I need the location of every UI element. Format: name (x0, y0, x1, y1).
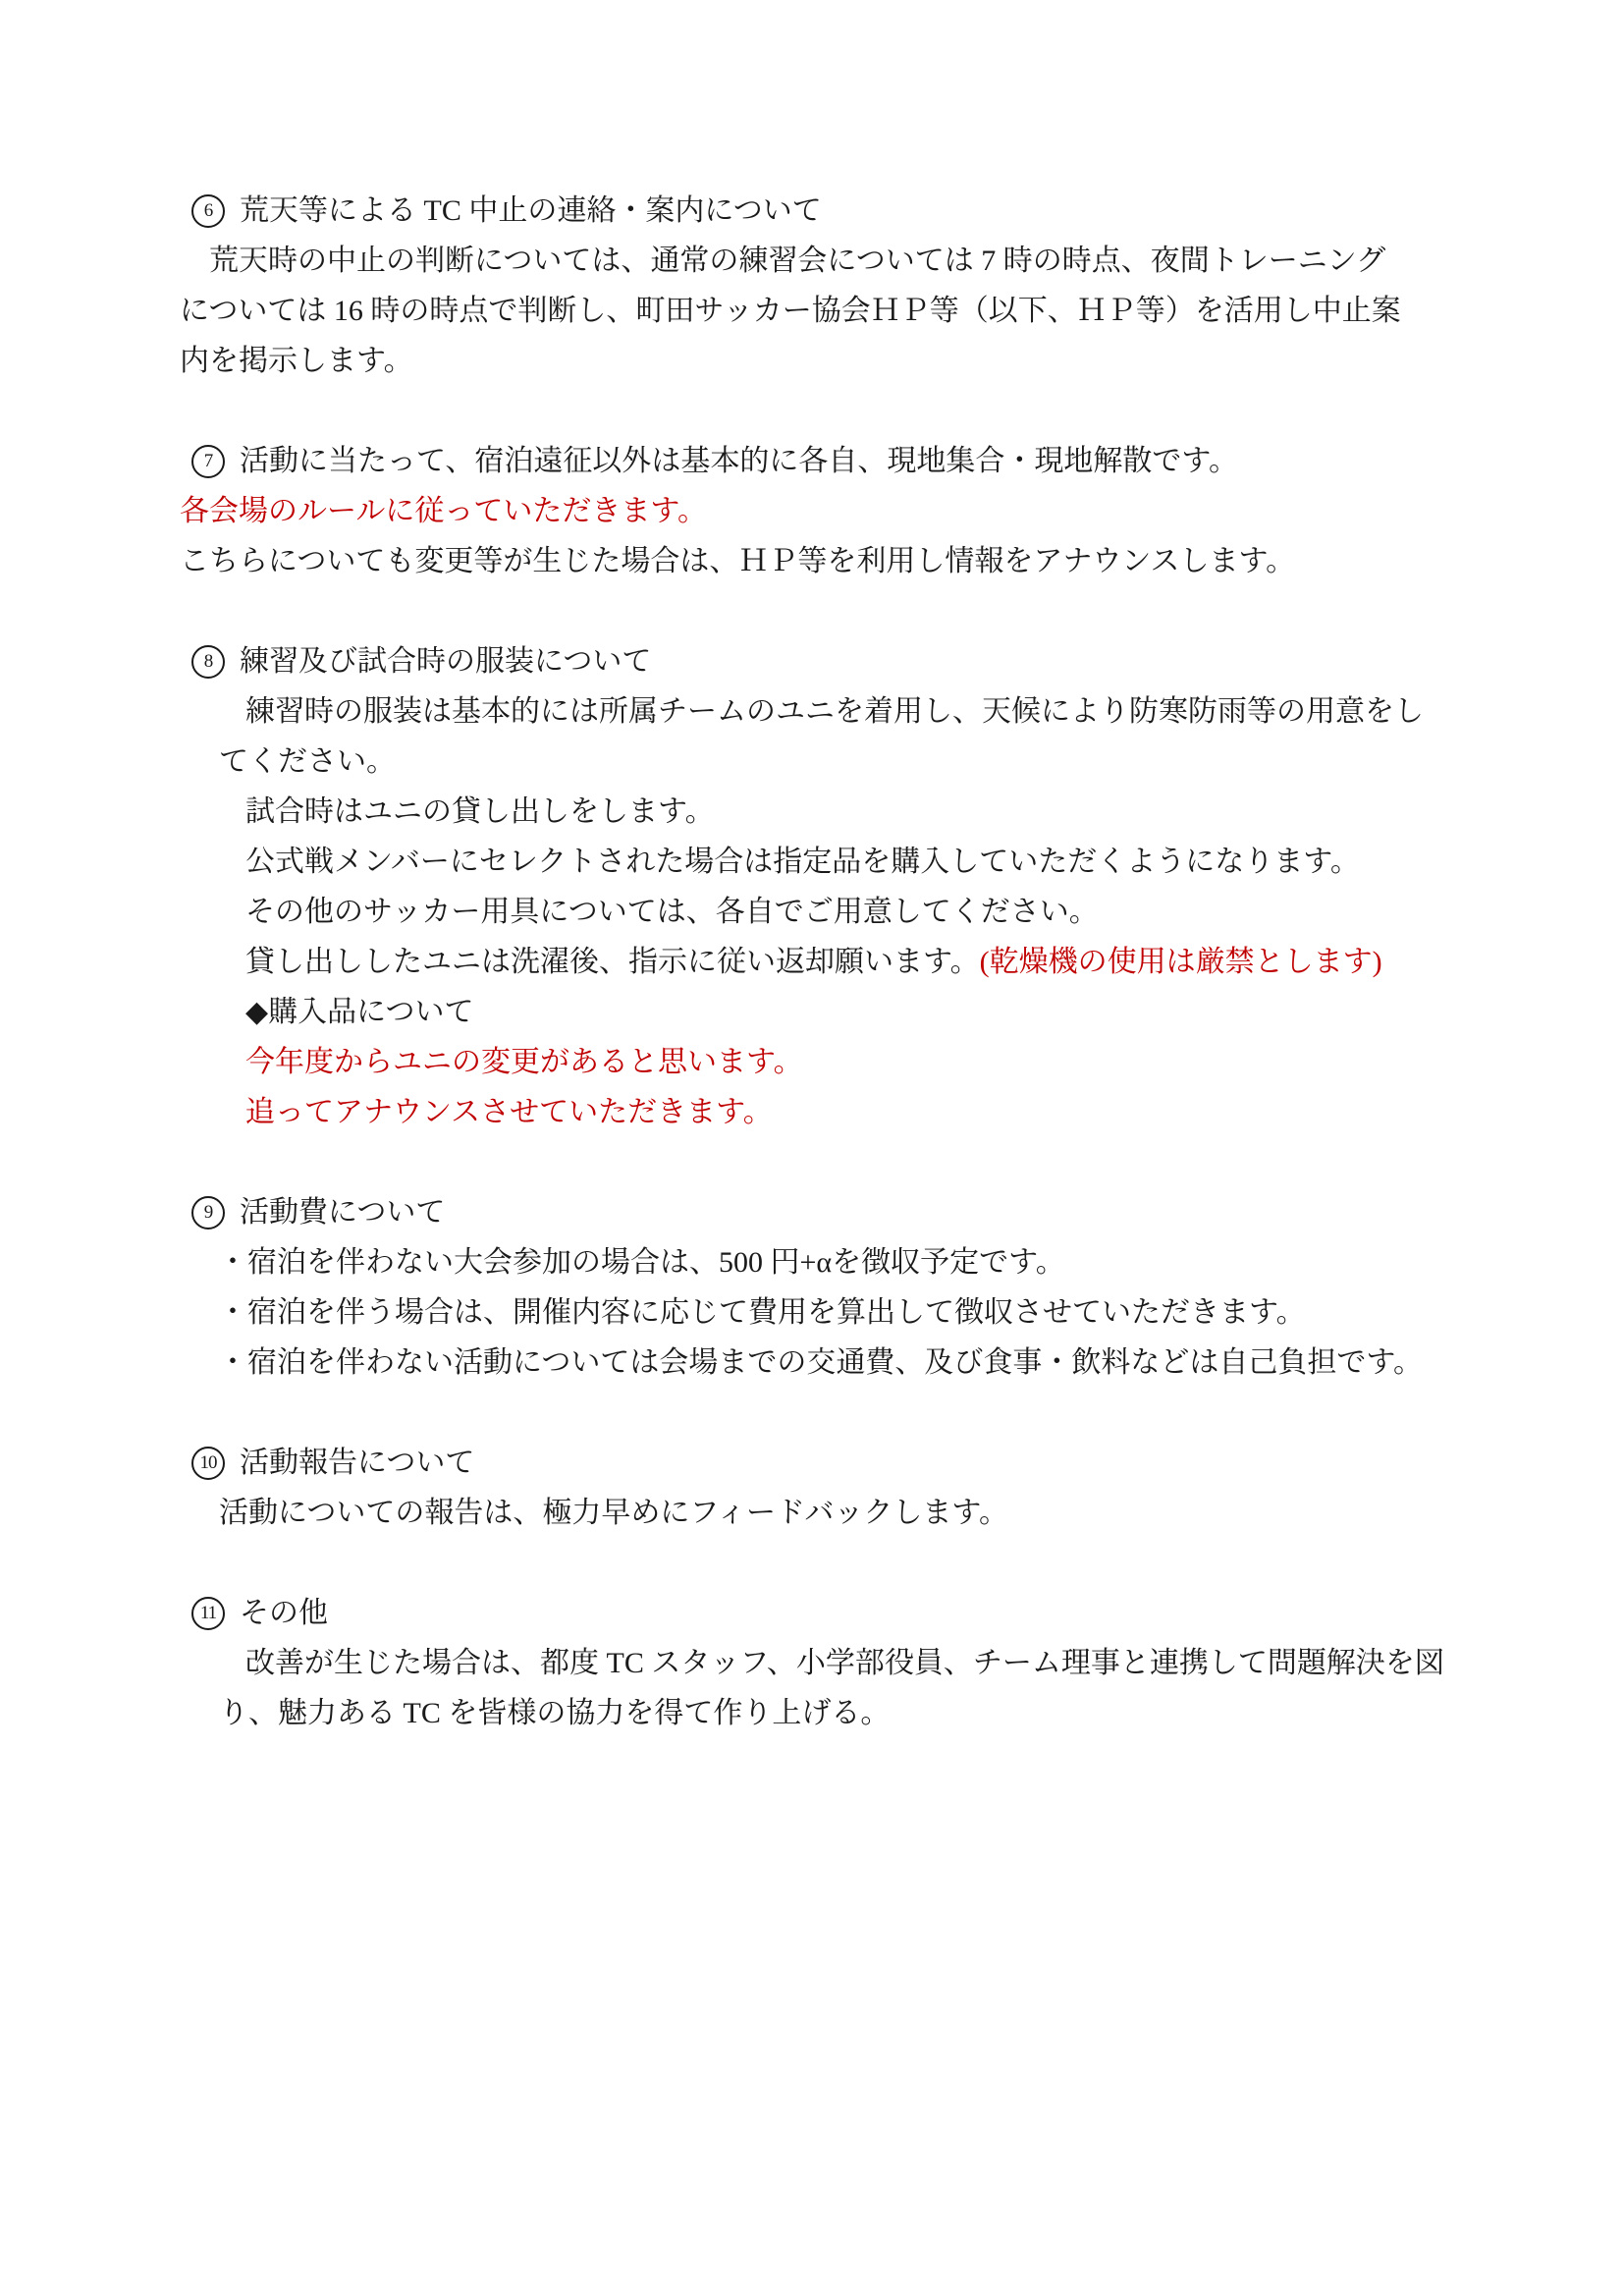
text-line: 今年度からユニの変更があると思います。 (245, 1037, 1623, 1087)
list-item-9: 9 活動費について ・宿泊を伴わない大会参加の場合は、500 円+αを徴収予定で… (0, 1187, 1623, 1388)
item-title: 活動費について (240, 1187, 445, 1237)
list-item-10: 10 活動報告について 活動についての報告は、極力早めにフィードバックします。 (0, 1438, 1623, 1538)
list-item-8: 8 練習及び試合時の服装について 練習時の服装は基本的には所属チームのユニを着用… (0, 636, 1623, 1137)
item-9-heading: 9 活動費について (191, 1187, 1623, 1237)
emphasis-text-run: (乾燥機の使用は厳禁とします) (980, 946, 1382, 978)
text-run: てください。 (219, 745, 396, 778)
item-title: 練習及び試合時の服装について (240, 636, 651, 686)
text-run: 内を掲示します。 (180, 345, 413, 377)
text-run: その他のサッカー用具については、各自でご用意してください。 (245, 896, 1099, 928)
text-run: ・宿泊を伴う場合は、開催内容に応じて費用を算出して徴収させていただきます。 (218, 1296, 1306, 1329)
text-line: こちらについても変更等が生じた場合は、ＨＰ等を利用し情報をアナウンスします。 (180, 536, 1623, 586)
item-number-badge: 10 (191, 1447, 225, 1480)
text-run: り、魅力ある TC を皆様の協力を得て作り上げる。 (219, 1697, 890, 1729)
emphasis-text-run: 各会場のルールに従っていただきます。 (180, 495, 707, 527)
text-line: その他のサッカー用具については、各自でご用意してください。 (245, 887, 1623, 937)
text-line: 改善が生じた場合は、都度 TC スタッフ、小学部役員、チーム理事と連携して問題解… (245, 1638, 1623, 1688)
text-run: ・宿泊を伴わない活動については会場までの交通費、及び食事・飲料などは自己負担です… (218, 1346, 1423, 1379)
item-7-heading: 7 活動に当たって、宿泊遠征以外は基本的に各自、現地集合・現地解散です。 (191, 436, 1623, 486)
text-line: ◆購入品について (245, 987, 1623, 1037)
list-item-7: 7 活動に当たって、宿泊遠征以外は基本的に各自、現地集合・現地解散です。 各会場… (0, 436, 1623, 586)
item-title: 活動報告について (240, 1438, 474, 1488)
item-number-badge: 9 (191, 1196, 225, 1230)
text-line: てください。 (219, 737, 1623, 787)
text-run: こちらについても変更等が生じた場合は、ＨＰ等を利用し情報をアナウンスします。 (180, 545, 1295, 577)
text-run: 活動についての報告は、極力早めにフィードバックします。 (219, 1497, 1008, 1529)
item-number-badge: 6 (191, 194, 225, 228)
item-title: 荒天等による TC 中止の連絡・案内について (240, 186, 822, 236)
text-line: り、魅力ある TC を皆様の協力を得て作り上げる。 (219, 1688, 1623, 1738)
text-run: ・宿泊を伴わない大会参加の場合は、500 円+αを徴収予定です。 (218, 1246, 1065, 1279)
text-run: については 16 時の時点で判断し、町田サッカー協会ＨＰ等（以下、ＨＰ等）を活用… (180, 295, 1401, 327)
item-title: 活動に当たって、宿泊遠征以外は基本的に各自、現地集合・現地解散です。 (240, 436, 1238, 486)
text-line: 追ってアナウンスさせていただきます。 (245, 1087, 1623, 1137)
item-number-badge: 11 (191, 1597, 225, 1630)
text-run: 荒天時の中止の判断については、通常の練習会については 7 時の時点、夜間トレーニ… (209, 245, 1385, 277)
item-10-heading: 10 活動報告について (191, 1438, 1623, 1488)
emphasis-text-run: 今年度からユニの変更があると思います。 (245, 1046, 803, 1078)
item-number-badge: 7 (191, 445, 225, 478)
text-run: 試合時はユニの貸し出しをします。 (245, 795, 715, 828)
text-run: 改善が生じた場合は、都度 TC スタッフ、小学部役員、チーム理事と連携して問題解… (245, 1647, 1444, 1679)
text-line: 練習時の服装は基本的には所属チームのユニを着用し、天候により防寒防雨等の用意をし (245, 686, 1623, 737)
text-line: 荒天時の中止の判断については、通常の練習会については 7 時の時点、夜間トレーニ… (209, 236, 1623, 286)
text-line: 各会場のルールに従っていただきます。 (180, 486, 1623, 536)
list-item-6: 6 荒天等による TC 中止の連絡・案内について 荒天時の中止の判断については、… (0, 186, 1623, 386)
text-run: 公式戦メンバーにセレクトされた場合は指定品を購入していただくようになります。 (245, 846, 1360, 878)
item-title: その他 (240, 1588, 328, 1638)
bullet-line: ・宿泊を伴わない大会参加の場合は、500 円+αを徴収予定です。 (218, 1237, 1623, 1287)
text-line: 貸し出ししたユニは洗濯後、指示に従い返却願います。(乾燥機の使用は厳禁とします) (245, 937, 1623, 987)
list-item-11: 11 その他 改善が生じた場合は、都度 TC スタッフ、小学部役員、チーム理事と… (0, 1588, 1623, 1738)
item-6-heading: 6 荒天等による TC 中止の連絡・案内について (191, 186, 1623, 236)
text-line: 活動についての報告は、極力早めにフィードバックします。 (219, 1488, 1623, 1538)
text-run: 練習時の服装は基本的には所属チームのユニを着用し、天候により防寒防雨等の用意をし (245, 695, 1424, 728)
text-run: ◆購入品について (245, 996, 473, 1028)
text-line: 公式戦メンバーにセレクトされた場合は指定品を購入していただくようになります。 (245, 837, 1623, 887)
text-line: 試合時はユニの貸し出しをします。 (245, 787, 1623, 837)
text-line: については 16 時の時点で判断し、町田サッカー協会ＨＰ等（以下、ＨＰ等）を活用… (180, 286, 1623, 336)
document-content: 6 荒天等による TC 中止の連絡・案内について 荒天時の中止の判断については、… (0, 0, 1623, 1738)
emphasis-text-run: 追ってアナウンスさせていただきます。 (245, 1096, 773, 1128)
item-11-heading: 11 その他 (191, 1588, 1623, 1638)
text-run: 貸し出ししたユニは洗濯後、指示に従い返却願います。 (245, 946, 980, 978)
item-number-badge: 8 (191, 645, 225, 679)
item-8-heading: 8 練習及び試合時の服装について (191, 636, 1623, 686)
bullet-line: ・宿泊を伴わない活動については会場までの交通費、及び食事・飲料などは自己負担です… (218, 1338, 1623, 1388)
text-line: 内を掲示します。 (180, 336, 1623, 386)
document-page: 6 荒天等による TC 中止の連絡・案内について 荒天時の中止の判断については、… (0, 0, 1623, 2296)
bullet-line: ・宿泊を伴う場合は、開催内容に応じて費用を算出して徴収させていただきます。 (218, 1287, 1623, 1338)
